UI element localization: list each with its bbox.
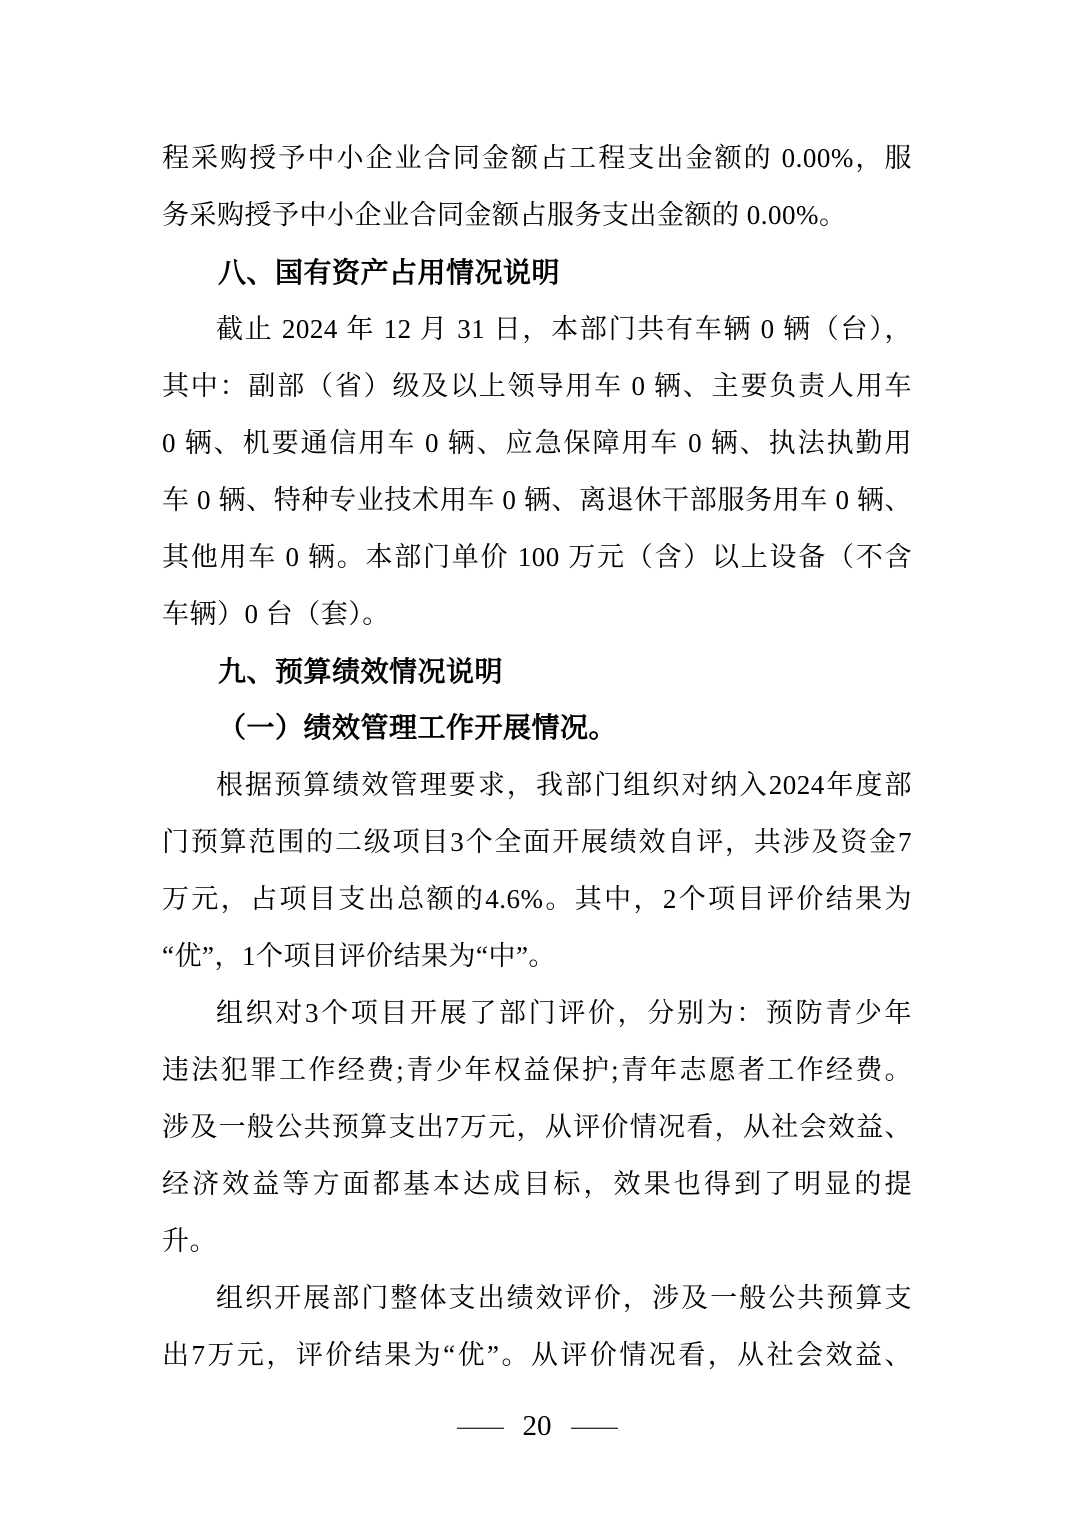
heading-line: （一）绩效管理工作开展情况。 (162, 700, 912, 757)
page-number-group: — 20 — (466, 1398, 609, 1455)
text-line: 门预算范围的二级项目3个全面开展绩效自评，共涉及资金7 (162, 814, 912, 871)
text-line: 根据预算绩效管理要求，我部门组织对纳入2024年度部 (162, 757, 912, 814)
text-line: 其中：副部（省）级及以上领导用车 0 辆、主要负责人用车 (162, 358, 912, 415)
text-line: 违法犯罪工作经费;青少年权益保护;青年志愿者工作经费。 (162, 1042, 912, 1099)
text-line: 其他用车 0 辆。本部门单价 100 万元（含）以上设备（不含 (162, 529, 912, 586)
text-line: 万元，占项目支出总额的4.6%。其中，2个项目评价结果为 (162, 871, 912, 928)
text-line: 经济效益等方面都基本达成目标，效果也得到了明显的提 (162, 1156, 912, 1213)
document-text: 程采购授予中小企业合同金额占工程支出金额的 0.00%，服务采购授予中小企业合同… (162, 130, 912, 1384)
text-line: “优”，1个项目评价结果为“中”。 (162, 928, 912, 985)
text-line: 出7万元，评价结果为“优”。从评价情况看，从社会效益、 (162, 1327, 912, 1384)
heading-line: 八、国有资产占用情况说明 (162, 244, 912, 301)
footer-dash-right: — (571, 1398, 617, 1455)
text-line: 车辆）0 台（套）。 (162, 586, 912, 643)
heading-line: 九、预算绩效情况说明 (162, 643, 912, 700)
page-footer: — 20 — (0, 1398, 1074, 1455)
text-line: 升。 (162, 1213, 912, 1270)
page-number: 20 (523, 1398, 552, 1455)
text-line: 组织对3个项目开展了部门评价，分别为：预防青少年 (162, 985, 912, 1042)
document-page: 程采购授予中小企业合同金额占工程支出金额的 0.00%，服务采购授予中小企业合同… (0, 0, 1074, 1520)
text-line: 截止 2024 年 12 月 31 日，本部门共有车辆 0 辆（台）， (162, 301, 912, 358)
text-line: 组织开展部门整体支出绩效评价，涉及一般公共预算支 (162, 1270, 912, 1327)
text-line: 务采购授予中小企业合同金额占服务支出金额的 0.00%。 (162, 187, 912, 244)
text-line: 0 辆、机要通信用车 0 辆、应急保障用车 0 辆、执法执勤用 (162, 415, 912, 472)
footer-dash-left: — (457, 1398, 503, 1455)
text-line: 车 0 辆、特种专业技术用车 0 辆、离退休干部服务用车 0 辆、 (162, 472, 912, 529)
text-line: 涉及一般公共预算支出7万元，从评价情况看，从社会效益、 (162, 1099, 912, 1156)
text-line: 程采购授予中小企业合同金额占工程支出金额的 0.00%，服 (162, 130, 912, 187)
